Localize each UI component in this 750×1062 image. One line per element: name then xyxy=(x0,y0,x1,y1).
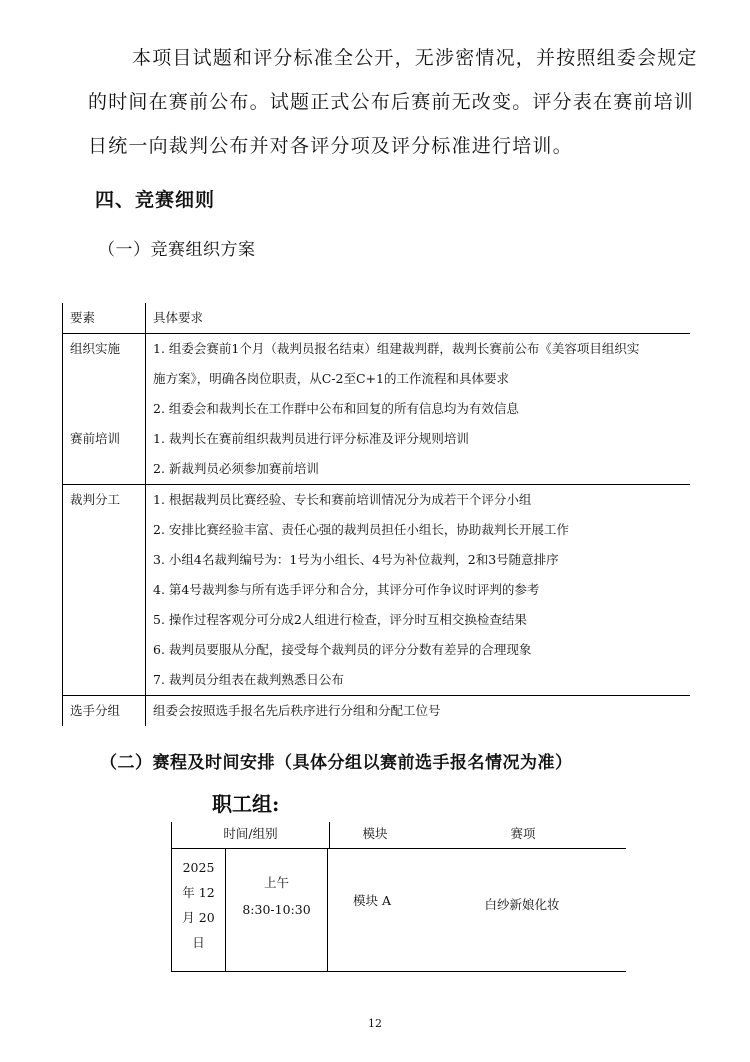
requirement-line: 6. 裁判员要服从分配，接受每个裁判员的评分分数有差异的合理现象 xyxy=(153,635,690,665)
intro-line: 日统一向裁判公布并对各评分项及评分标准进行培训。 xyxy=(88,124,724,168)
requirement-line: 施方案》，明确各岗位职责，从C-2至C+1的工作流程和具体要求 xyxy=(153,364,690,394)
header-time-group: 时间/组别 xyxy=(172,822,330,848)
requirement-line: 4. 第4号裁判参与所有选手评分和合分，其评分可作争议时评判的参考 xyxy=(153,575,690,605)
row-element: 组织实施 xyxy=(70,334,145,364)
requirement-line: 1. 裁判长在赛前组织裁判员进行评分标准及评分规则培训 xyxy=(153,424,690,454)
table-row: 赛前培训 1. 裁判长在赛前组织裁判员进行评分标准及评分规则培训 2. 新裁判员… xyxy=(63,424,690,485)
table-row: 组织实施 1. 组委会赛前1个月（裁判员报名结束）组建裁判群，裁判长赛前公布《美… xyxy=(63,334,690,424)
requirement-line: 1. 组委会赛前1个月（裁判员报名结束）组建裁判群，裁判长赛前公布《美容项目组织… xyxy=(153,334,690,364)
header-cell-requirements: 具体要求 xyxy=(153,303,690,333)
requirement-line: 2. 新裁判员必须参加赛前培训 xyxy=(153,454,690,484)
section-heading: 四、竞赛细则 xyxy=(95,185,215,212)
group-label: 职工组: xyxy=(212,788,279,817)
schedule-time-slot: 上午 8:30-10:30 xyxy=(226,849,328,971)
row-element: 赛前培训 xyxy=(70,424,145,454)
requirement-line: 5. 操作过程客观分可分成2人组进行检查，评分时互相交换检查结果 xyxy=(153,605,690,635)
schedule-event: 白纱新娘化妆 xyxy=(418,849,626,971)
intro-paragraph: 本项目试题和评分标准全公开，无涉密情况，并按照组委会规定 的时间在赛前公布。试题… xyxy=(88,36,724,168)
time-range: 8:30-10:30 xyxy=(226,896,327,923)
intro-line: 本项目试题和评分标准全公开，无涉密情况，并按照组委会规定 xyxy=(88,36,724,80)
requirement-line: 7. 裁判员分组表在裁判熟悉日公布 xyxy=(153,665,690,695)
requirement-line: 2. 安排比赛经验丰富、责任心强的裁判员担任小组长，协助裁判长开展工作 xyxy=(153,515,690,545)
requirement-line: 组委会按照选手报名先后秩序进行分组和分配工位号 xyxy=(153,696,690,726)
header-event: 赛项 xyxy=(420,822,626,848)
header-module: 模块 xyxy=(330,822,420,848)
period: 上午 xyxy=(226,869,327,896)
schedule-row: 2025 年 12 月 20 日 上午 8:30-10:30 模块 A 白纱新娘… xyxy=(172,849,626,972)
header-cell-element: 要素 xyxy=(70,303,145,333)
table-row: 裁判分工 1. 根据裁判员比赛经验、专长和赛前培训情况分为成若干个评分小组 2.… xyxy=(63,485,690,696)
requirement-line: 3. 小组4名裁判编号为：1号为小组长、4号为补位裁判，2和3号随意排序 xyxy=(153,545,690,575)
intro-line: 的时间在赛前公布。试题正式公布后赛前无改变。评分表在赛前培训 xyxy=(88,80,724,124)
subsection-heading-organization: （一）竞赛组织方案 xyxy=(98,235,256,260)
requirement-line: 2. 组委会和裁判长在工作群中公布和回复的所有信息均为有效信息 xyxy=(153,394,690,424)
schedule-table: 时间/组别 模块 赛项 2025 年 12 月 20 日 上午 8:30-10:… xyxy=(171,822,626,972)
requirement-line: 1. 根据裁判员比赛经验、专长和赛前培训情况分为成若干个评分小组 xyxy=(153,485,690,515)
rules-table: 要素 具体要求 组织实施 1. 组委会赛前1个月（裁判员报名结束）组建裁判群，裁… xyxy=(62,303,690,726)
row-element: 裁判分工 xyxy=(70,485,145,515)
table-row: 选手分组 组委会按照选手报名先后秩序进行分组和分配工位号 xyxy=(63,696,690,726)
schedule-date: 2025 年 12 月 20 日 xyxy=(172,849,226,971)
subsection-heading-schedule: （二）赛程及时间安排（具体分组以赛前选手报名情况为准） xyxy=(100,748,573,773)
schedule-header-row: 时间/组别 模块 赛项 xyxy=(172,822,626,849)
row-element: 选手分组 xyxy=(70,696,145,726)
schedule-module: 模块 A xyxy=(328,849,418,971)
table-header-row: 要素 具体要求 xyxy=(63,303,690,334)
page-number: 12 xyxy=(0,1017,750,1030)
